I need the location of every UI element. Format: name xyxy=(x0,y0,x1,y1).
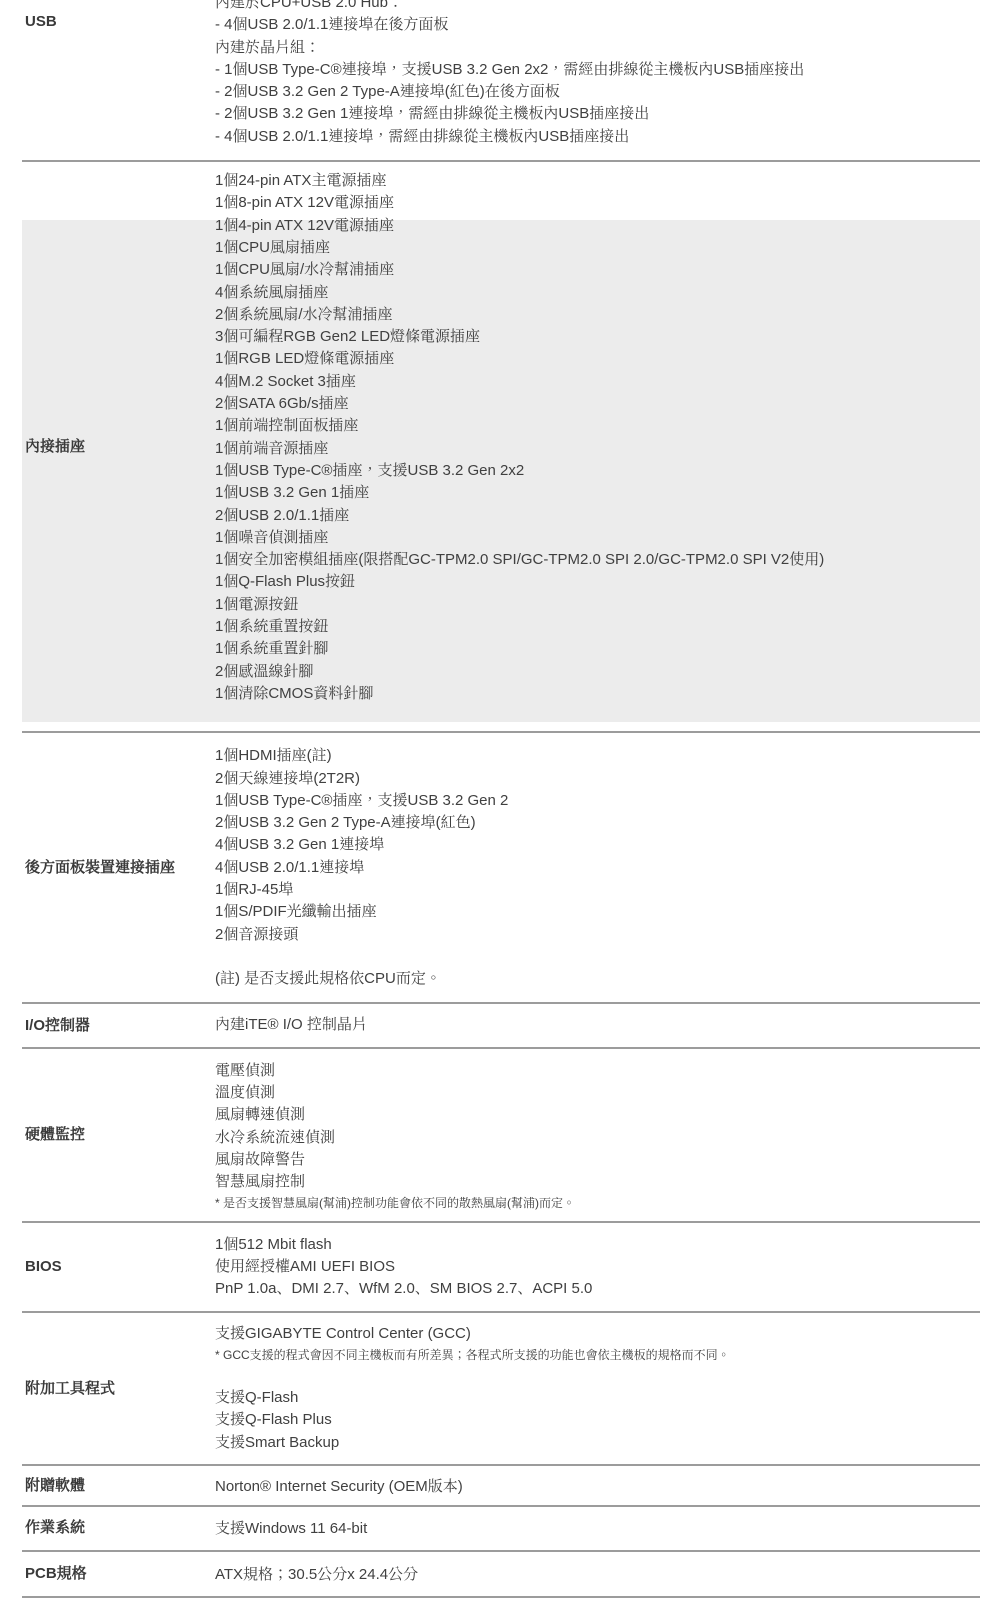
spec-content-rear-panel: 1個HDMI插座(註)2個天線連接埠(2T2R)1個USB Type-C®插座，… xyxy=(215,733,980,1002)
spec-label-rear-panel: 後方面板裝置連接插座 xyxy=(22,858,215,878)
spec-line-spacer xyxy=(215,946,980,968)
spec-line: 支援GIGABYTE Control Center (GCC) xyxy=(215,1323,980,1345)
spec-line: ATX規格；30.5公分x 24.4公分 xyxy=(215,1564,980,1586)
spec-line: 1個CPU風扇/水冷幫浦插座 xyxy=(215,259,980,281)
spec-line: 1個系統重置按鈕 xyxy=(215,616,980,638)
spec-content-utilities: 支援GIGABYTE Control Center (GCC)* GCC支援的程… xyxy=(215,1313,980,1463)
spec-line: (註) 是否支援此規格依CPU而定。 xyxy=(215,968,980,990)
spec-line: 水冷系統流速偵測 xyxy=(215,1127,980,1149)
spec-label-text: USB xyxy=(25,13,57,30)
spec-label-text: BIOS xyxy=(25,1258,62,1275)
spec-label-usb: USB xyxy=(22,0,215,32)
spec-line: 風扇故障警告 xyxy=(215,1149,980,1171)
spec-line: 1個S/PDIF光纖輸出插座 xyxy=(215,901,980,923)
spec-line: 1個4-pin ATX 12V電源插座 xyxy=(215,215,980,237)
spec-line: 1個8-pin ATX 12V電源插座 xyxy=(215,192,980,214)
spec-line: 電壓偵測 xyxy=(215,1060,980,1082)
spec-page: USB內建於CPU+USB 2.0 Hub：- 4個USB 2.0/1.1連接埠… xyxy=(0,0,1000,1612)
spec-line: 使用經授權AMI UEFI BIOS xyxy=(215,1256,980,1278)
spec-line: 1個24-pin ATX主電源插座 xyxy=(215,170,980,192)
spec-line: 支援Windows 11 64-bit xyxy=(215,1518,980,1540)
spec-line: 4個系統風扇插座 xyxy=(215,282,980,304)
spec-line: 1個USB Type-C®插座，支援USB 3.2 Gen 2x2 xyxy=(215,460,980,482)
spec-content-io-controller: 內建iTE® I/O 控制晶片 xyxy=(215,1004,980,1046)
spec-line: - 2個USB 3.2 Gen 1連接埠，需經由排線從主機板內USB插座接出 xyxy=(215,103,980,125)
spec-label-pcb: PCB規格 xyxy=(22,1564,215,1584)
spec-label-io-controller: I/O控制器 xyxy=(22,1016,215,1036)
spec-table: USB內建於CPU+USB 2.0 Hub：- 4個USB 2.0/1.1連接埠… xyxy=(0,0,1000,1598)
spec-row-internal-connectors: 內接插座1個24-pin ATX主電源插座1個8-pin ATX 12V電源插座… xyxy=(22,160,980,731)
spec-row-utilities: 附加工具程式支援GIGABYTE Control Center (GCC)* G… xyxy=(22,1311,980,1463)
spec-content-internal-connectors: 1個24-pin ATX主電源插座1個8-pin ATX 12V電源插座1個4-… xyxy=(215,162,980,731)
spec-content-operating-system: 支援Windows 11 64-bit xyxy=(215,1507,980,1549)
spec-line: 1個電源按鈕 xyxy=(215,594,980,616)
spec-label-text: 作業系統 xyxy=(25,1519,85,1536)
spec-line: 1個清除CMOS資料針腳 xyxy=(215,683,980,705)
spec-label-text: 內接插座 xyxy=(25,438,85,455)
spec-line: 2個系統風扇/水冷幫浦插座 xyxy=(215,304,980,326)
spec-line: 1個USB 3.2 Gen 1插座 xyxy=(215,482,980,504)
spec-line: 支援Q-Flash Plus xyxy=(215,1409,980,1431)
spec-content-bundled-software: Norton® Internet Security (OEM版本) xyxy=(215,1466,980,1505)
spec-line: 1個噪音偵測插座 xyxy=(215,527,980,549)
spec-line: 1個USB Type-C®插座，支援USB 3.2 Gen 2 xyxy=(215,790,980,812)
spec-label-bundled-software: 附贈軟體 xyxy=(22,1476,215,1496)
spec-line: 1個系統重置針腳 xyxy=(215,638,980,660)
spec-line-spacer xyxy=(215,1365,980,1387)
spec-line: 2個SATA 6Gb/s插座 xyxy=(215,393,980,415)
spec-row-usb: USB內建於CPU+USB 2.0 Hub：- 4個USB 2.0/1.1連接埠… xyxy=(22,0,980,160)
spec-row-pcb: PCB規格ATX規格；30.5公分x 24.4公分 xyxy=(22,1550,980,1598)
spec-row-rear-panel: 後方面板裝置連接插座1個HDMI插座(註)2個天線連接埠(2T2R)1個USB … xyxy=(22,731,980,1002)
spec-line: 支援Smart Backup xyxy=(215,1432,980,1454)
spec-line: 內建於晶片組： xyxy=(215,37,980,59)
spec-label-bios: BIOS xyxy=(22,1257,215,1277)
spec-line: 2個音源接頭 xyxy=(215,924,980,946)
spec-line: 1個512 Mbit flash xyxy=(215,1234,980,1256)
spec-label-internal-connectors: 內接插座 xyxy=(22,437,215,457)
spec-line: 4個USB 2.0/1.1連接埠 xyxy=(215,857,980,879)
spec-line: 支援Q-Flash xyxy=(215,1387,980,1409)
spec-line: 3個可編程RGB Gen2 LED燈條電源插座 xyxy=(215,326,980,348)
spec-line: 內建iTE® I/O 控制晶片 xyxy=(215,1014,980,1036)
spec-row-operating-system: 作業系統支援Windows 11 64-bit xyxy=(22,1505,980,1549)
spec-line: 1個安全加密模組插座(限搭配GC-TPM2.0 SPI/GC-TPM2.0 SP… xyxy=(215,549,980,571)
spec-label-text: 附加工具程式 xyxy=(25,1380,115,1397)
spec-line: 2個感溫線針腳 xyxy=(215,661,980,683)
spec-line: 風扇轉速偵測 xyxy=(215,1104,980,1126)
spec-label-utilities: 附加工具程式 xyxy=(22,1379,215,1399)
spec-line: - 1個USB Type-C®連接埠，支援USB 3.2 Gen 2x2，需經由… xyxy=(215,59,980,81)
spec-line: 2個USB 2.0/1.1插座 xyxy=(215,505,980,527)
spec-label-hardware-monitor: 硬體監控 xyxy=(22,1125,215,1145)
spec-line: 1個前端控制面板插座 xyxy=(215,415,980,437)
spec-label-text: 後方面板裝置連接插座 xyxy=(25,859,175,876)
spec-line: 1個RGB LED燈條電源插座 xyxy=(215,348,980,370)
spec-line: 1個RJ-45埠 xyxy=(215,879,980,901)
spec-label-text: 硬體監控 xyxy=(25,1126,85,1143)
spec-line: 智慧風扇控制 xyxy=(215,1171,980,1193)
spec-line: 1個CPU風扇插座 xyxy=(215,237,980,259)
spec-line: Norton® Internet Security (OEM版本) xyxy=(215,1476,980,1498)
spec-line: - 2個USB 3.2 Gen 2 Type-A連接埠(紅色)在後方面板 xyxy=(215,81,980,103)
spec-content-usb: 內建於CPU+USB 2.0 Hub：- 4個USB 2.0/1.1連接埠在後方… xyxy=(215,0,980,160)
spec-row-hardware-monitor: 硬體監控電壓偵測溫度偵測風扇轉速偵測水冷系統流速偵測風扇故障警告智慧風扇控制* … xyxy=(22,1047,980,1221)
spec-line: 1個HDMI插座(註) xyxy=(215,745,980,767)
spec-line: 溫度偵測 xyxy=(215,1082,980,1104)
spec-line: 4個USB 3.2 Gen 1連接埠 xyxy=(215,834,980,856)
spec-content-pcb: ATX規格；30.5公分x 24.4公分 xyxy=(215,1552,980,1596)
spec-row-bundled-software: 附贈軟體Norton® Internet Security (OEM版本) xyxy=(22,1464,980,1505)
spec-row-io-controller: I/O控制器內建iTE® I/O 控制晶片 xyxy=(22,1002,980,1046)
spec-label-text: 附贈軟體 xyxy=(25,1477,85,1494)
spec-row-bios: BIOS1個512 Mbit flash使用經授權AMI UEFI BIOSPn… xyxy=(22,1221,980,1312)
spec-label-operating-system: 作業系統 xyxy=(22,1518,215,1538)
spec-line: * GCC支援的程式會因不同主機板而有所差異；各程式所支援的功能也會依主機板的規… xyxy=(215,1346,980,1365)
spec-line: * 是否支援智慧風扇(幫浦)控制功能會依不同的散熱風扇(幫浦)而定。 xyxy=(215,1194,980,1213)
spec-line: - 4個USB 2.0/1.1連接埠在後方面板 xyxy=(215,14,980,36)
spec-line: 1個Q-Flash Plus按鈕 xyxy=(215,571,980,593)
spec-line: 4個M.2 Socket 3插座 xyxy=(215,371,980,393)
spec-content-bios: 1個512 Mbit flash使用經授權AMI UEFI BIOSPnP 1.… xyxy=(215,1223,980,1312)
spec-line: 1個前端音源插座 xyxy=(215,438,980,460)
spec-label-text: I/O控制器 xyxy=(25,1017,90,1034)
spec-line: PnP 1.0a、DMI 2.7、WfM 2.0、SM BIOS 2.7、ACP… xyxy=(215,1278,980,1300)
spec-line: 2個天線連接埠(2T2R) xyxy=(215,768,980,790)
spec-line: - 4個USB 2.0/1.1連接埠，需經由排線從主機板內USB插座接出 xyxy=(215,126,980,148)
spec-line: 內建於CPU+USB 2.0 Hub： xyxy=(215,0,980,14)
spec-label-text: PCB規格 xyxy=(25,1565,87,1582)
spec-content-hardware-monitor: 電壓偵測溫度偵測風扇轉速偵測水冷系統流速偵測風扇故障警告智慧風扇控制* 是否支援… xyxy=(215,1049,980,1221)
spec-line: 2個USB 3.2 Gen 2 Type-A連接埠(紅色) xyxy=(215,812,980,834)
